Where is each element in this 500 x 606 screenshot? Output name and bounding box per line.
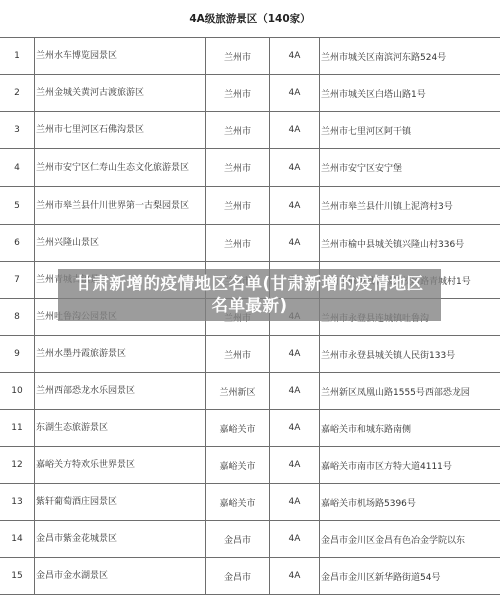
spot-city: 兰州市 bbox=[206, 225, 270, 261]
row-number: 3 bbox=[0, 112, 35, 148]
spot-name: 兰州兴隆山景区 bbox=[35, 225, 206, 261]
row-number: 11 bbox=[0, 410, 35, 446]
spot-name: 兰州市皋兰县什川世界第一古梨园景区 bbox=[35, 187, 206, 224]
spot-level: 4A bbox=[270, 75, 320, 111]
spot-name: 嘉峪关方特欢乐世界景区 bbox=[35, 447, 206, 483]
spot-name: 兰州水墨丹霞旅游景区 bbox=[35, 336, 206, 372]
spot-name: 东湖生态旅游景区 bbox=[35, 410, 206, 446]
spot-level: 4A bbox=[270, 373, 320, 409]
spot-city: 金昌市 bbox=[206, 521, 270, 557]
table-row: 13 紫轩葡萄酒庄园景区 嘉峪关市 4A 嘉峪关市机场路5396号 bbox=[0, 484, 500, 521]
spot-city: 兰州市 bbox=[206, 336, 270, 372]
spot-level: 4A bbox=[270, 225, 320, 261]
spot-name: 紫轩葡萄酒庄园景区 bbox=[35, 484, 206, 520]
spot-city: 嘉峪关市 bbox=[206, 410, 270, 446]
row-number: 10 bbox=[0, 373, 35, 409]
spot-address: 兰州新区凤凰山路1555号西部恐龙园 bbox=[320, 373, 500, 409]
spot-city: 嘉峪关市 bbox=[206, 484, 270, 520]
spot-address: 兰州市皋兰县什川镇上泥湾村3号 bbox=[320, 187, 500, 224]
spot-name: 兰州水车博览园景区 bbox=[35, 38, 206, 74]
table-title: 4A级旅游景区（140家） bbox=[0, 0, 500, 37]
table-row: 4 兰州市安宁区仁寿山生态文化旅游景区 兰州市 4A 兰州市安宁区安宁堡 bbox=[0, 149, 500, 187]
spot-city: 金昌市 bbox=[206, 558, 270, 594]
spot-address: 金昌市金川区金昌有色冶金学院以东 bbox=[320, 521, 500, 557]
caption-overlay: 甘肃新增的疫情地区名单(甘肃新增的疫情地区名单最新) bbox=[58, 269, 441, 321]
caption-text: 甘肃新增的疫情地区名单(甘肃新增的疫情地区名单最新) bbox=[70, 273, 430, 317]
spot-name: 金昌市紫金花城景区 bbox=[35, 521, 206, 557]
row-number: 7 bbox=[0, 262, 35, 298]
spot-address: 兰州市七里河区阿干镇 bbox=[320, 112, 500, 148]
spot-address: 兰州市城关区南滨河东路524号 bbox=[320, 38, 500, 74]
spot-address: 兰州市永登县城关镇人民街133号 bbox=[320, 336, 500, 372]
row-number: 13 bbox=[0, 484, 35, 520]
row-number: 6 bbox=[0, 225, 35, 261]
spot-level: 4A bbox=[270, 149, 320, 186]
spot-city: 兰州市 bbox=[206, 75, 270, 111]
table-row: 11 东湖生态旅游景区 嘉峪关市 4A 嘉峪关市和城东路南侧 bbox=[0, 410, 500, 447]
spot-level: 4A bbox=[270, 38, 320, 74]
table-row: 5 兰州市皋兰县什川世界第一古梨园景区 兰州市 4A 兰州市皋兰县什川镇上泥湾村… bbox=[0, 187, 500, 225]
table-row: 10 兰州西部恐龙水乐园景区 兰州新区 4A 兰州新区凤凰山路1555号西部恐龙… bbox=[0, 373, 500, 410]
spot-level: 4A bbox=[270, 484, 320, 520]
spot-address: 兰州市安宁区安宁堡 bbox=[320, 149, 500, 186]
spot-level: 4A bbox=[270, 410, 320, 446]
table-row: 9 兰州水墨丹霞旅游景区 兰州市 4A 兰州市永登县城关镇人民街133号 bbox=[0, 336, 500, 373]
row-number: 14 bbox=[0, 521, 35, 557]
spot-address: 金昌市金川区新华路街道54号 bbox=[320, 558, 500, 594]
table-row: 1 兰州水车博览园景区 兰州市 4A 兰州市城关区南滨河东路524号 bbox=[0, 38, 500, 75]
spot-level: 4A bbox=[270, 336, 320, 372]
spot-city: 兰州市 bbox=[206, 38, 270, 74]
spot-city: 嘉峪关市 bbox=[206, 447, 270, 483]
spot-address: 嘉峪关市机场路5396号 bbox=[320, 484, 500, 520]
row-number: 12 bbox=[0, 447, 35, 483]
spot-address: 嘉峪关市和城东路南侧 bbox=[320, 410, 500, 446]
row-number: 8 bbox=[0, 299, 35, 335]
row-number: 4 bbox=[0, 149, 35, 186]
spot-level: 4A bbox=[270, 558, 320, 594]
row-number: 2 bbox=[0, 75, 35, 111]
spot-city: 兰州市 bbox=[206, 149, 270, 186]
spot-name: 兰州金城关黄河古渡旅游区 bbox=[35, 75, 206, 111]
spot-city: 兰州市 bbox=[206, 112, 270, 148]
table-row: 14 金昌市紫金花城景区 金昌市 4A 金昌市金川区金昌有色冶金学院以东 bbox=[0, 521, 500, 558]
table-row: 2 兰州金城关黄河古渡旅游区 兰州市 4A 兰州市城关区白塔山路1号 bbox=[0, 75, 500, 112]
table-row: 15 金昌市金水湖景区 金昌市 4A 金昌市金川区新华路街道54号 bbox=[0, 558, 500, 595]
table-row: 3 兰州市七里河区石佛沟景区 兰州市 4A 兰州市七里河区阿干镇 bbox=[0, 112, 500, 149]
spot-city: 兰州新区 bbox=[206, 373, 270, 409]
spot-city: 兰州市 bbox=[206, 187, 270, 224]
row-number: 9 bbox=[0, 336, 35, 372]
spot-address: 嘉峪关市南市区方特大道4111号 bbox=[320, 447, 500, 483]
spot-name: 金昌市金水湖景区 bbox=[35, 558, 206, 594]
spot-level: 4A bbox=[270, 447, 320, 483]
table-row: 6 兰州兴隆山景区 兰州市 4A 兰州市榆中县城关镇兴隆山村336号 bbox=[0, 225, 500, 262]
row-number: 15 bbox=[0, 558, 35, 594]
spot-name: 兰州市安宁区仁寿山生态文化旅游景区 bbox=[35, 149, 206, 186]
spot-name: 兰州西部恐龙水乐园景区 bbox=[35, 373, 206, 409]
spot-level: 4A bbox=[270, 112, 320, 148]
row-number: 1 bbox=[0, 38, 35, 74]
spot-level: 4A bbox=[270, 187, 320, 224]
table-row: 12 嘉峪关方特欢乐世界景区 嘉峪关市 4A 嘉峪关市南市区方特大道4111号 bbox=[0, 447, 500, 484]
spot-name: 兰州市七里河区石佛沟景区 bbox=[35, 112, 206, 148]
spot-address: 兰州市榆中县城关镇兴隆山村336号 bbox=[320, 225, 500, 261]
row-number: 5 bbox=[0, 187, 35, 224]
spot-level: 4A bbox=[270, 521, 320, 557]
spot-address: 兰州市城关区白塔山路1号 bbox=[320, 75, 500, 111]
